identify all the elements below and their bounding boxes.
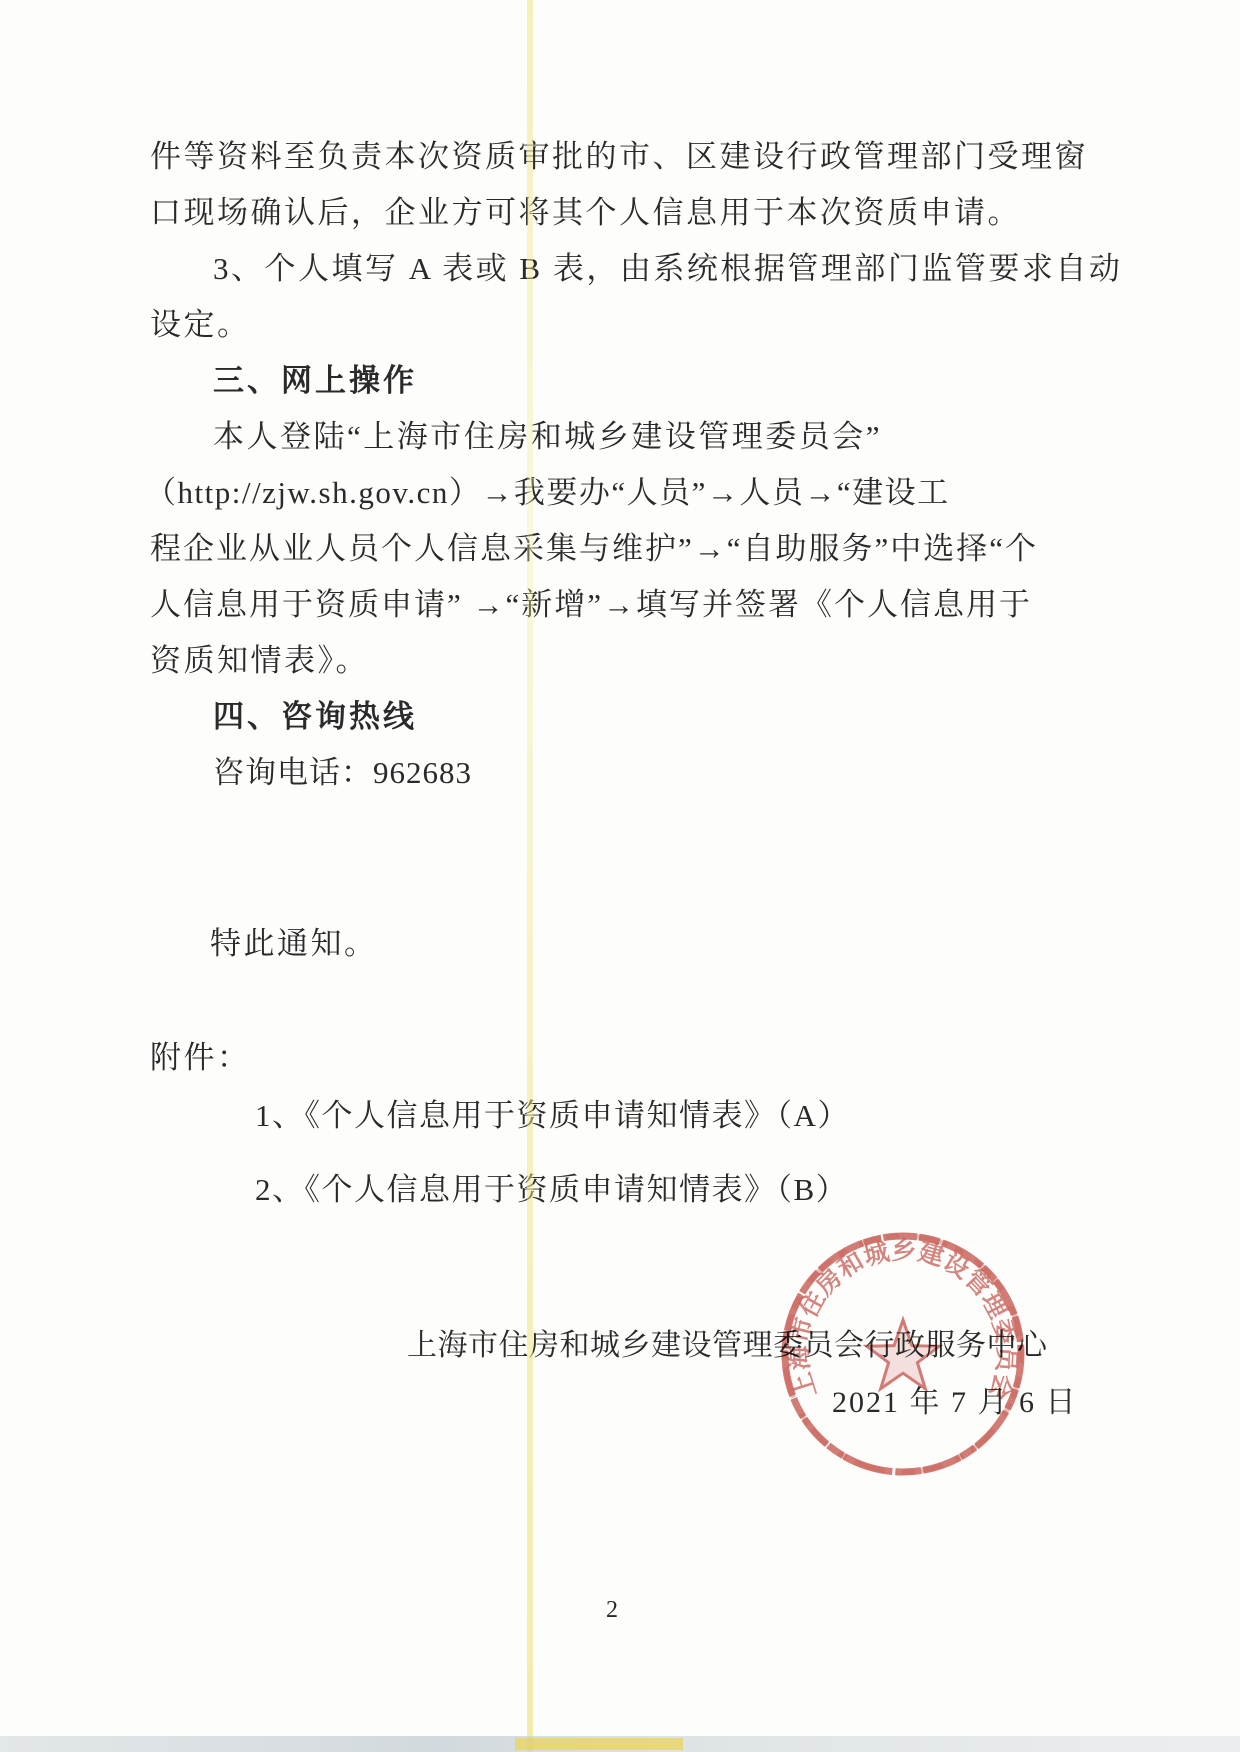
attachment-item: 1、《个人信息用于资质申请知情表》（A） — [255, 1096, 850, 1136]
official-stamp: 上海市住房和城乡建设管理委员会 — [773, 1224, 1033, 1484]
body-line-online-3: 程企业从业人员个人信息采集与维护”→“自助服务”中选择“个 — [150, 529, 1038, 569]
scan-band-bottom-yellow — [515, 1738, 683, 1750]
body-line-item3-1: 3、个人填写 A 表或 B 表，由系统根据管理部门监管要求自动 — [213, 249, 1122, 289]
body-line-online-5: 资质知情表》。 — [150, 641, 369, 681]
body-line-online-4: 人信息用于资质申请” →“新增”→填写并签署《个人信息用于 — [150, 585, 1032, 625]
star-icon — [867, 1320, 939, 1389]
body-line-p1-1: 件等资料至负责本次资质审批的市、区建设行政管理部门受理窗 — [150, 137, 1088, 177]
document-page: 件等资料至负责本次资质审批的市、区建设行政管理部门受理窗 口现场确认后，企业方可… — [0, 0, 1240, 1752]
body-line-online-1: 本人登陆“上海市住房和城乡建设管理委员会” — [213, 417, 882, 457]
body-line-p1-2: 口现场确认后，企业方可将其个人信息用于本次资质申请。 — [150, 193, 1021, 233]
scan-band-bottom — [0, 1736, 1240, 1752]
attachments-label: 附件： — [150, 1038, 251, 1078]
page-number: 2 — [606, 1590, 618, 1630]
body-line-closing: 特此通知。 — [210, 924, 378, 964]
section-heading-hotline: 四、咨询热线 — [213, 697, 417, 737]
attachment-item: 2、《个人信息用于资质申请知情表》（B） — [255, 1170, 848, 1210]
body-line-hotline: 咨询电话：962683 — [213, 753, 472, 793]
section-heading-online-operation: 三、网上操作 — [213, 361, 417, 401]
body-line-item3-2: 设定。 — [150, 305, 251, 345]
body-line-online-2: （http://zjw.sh.gov.cn）→我要办“人员”→人员→“建设工 — [145, 473, 950, 513]
